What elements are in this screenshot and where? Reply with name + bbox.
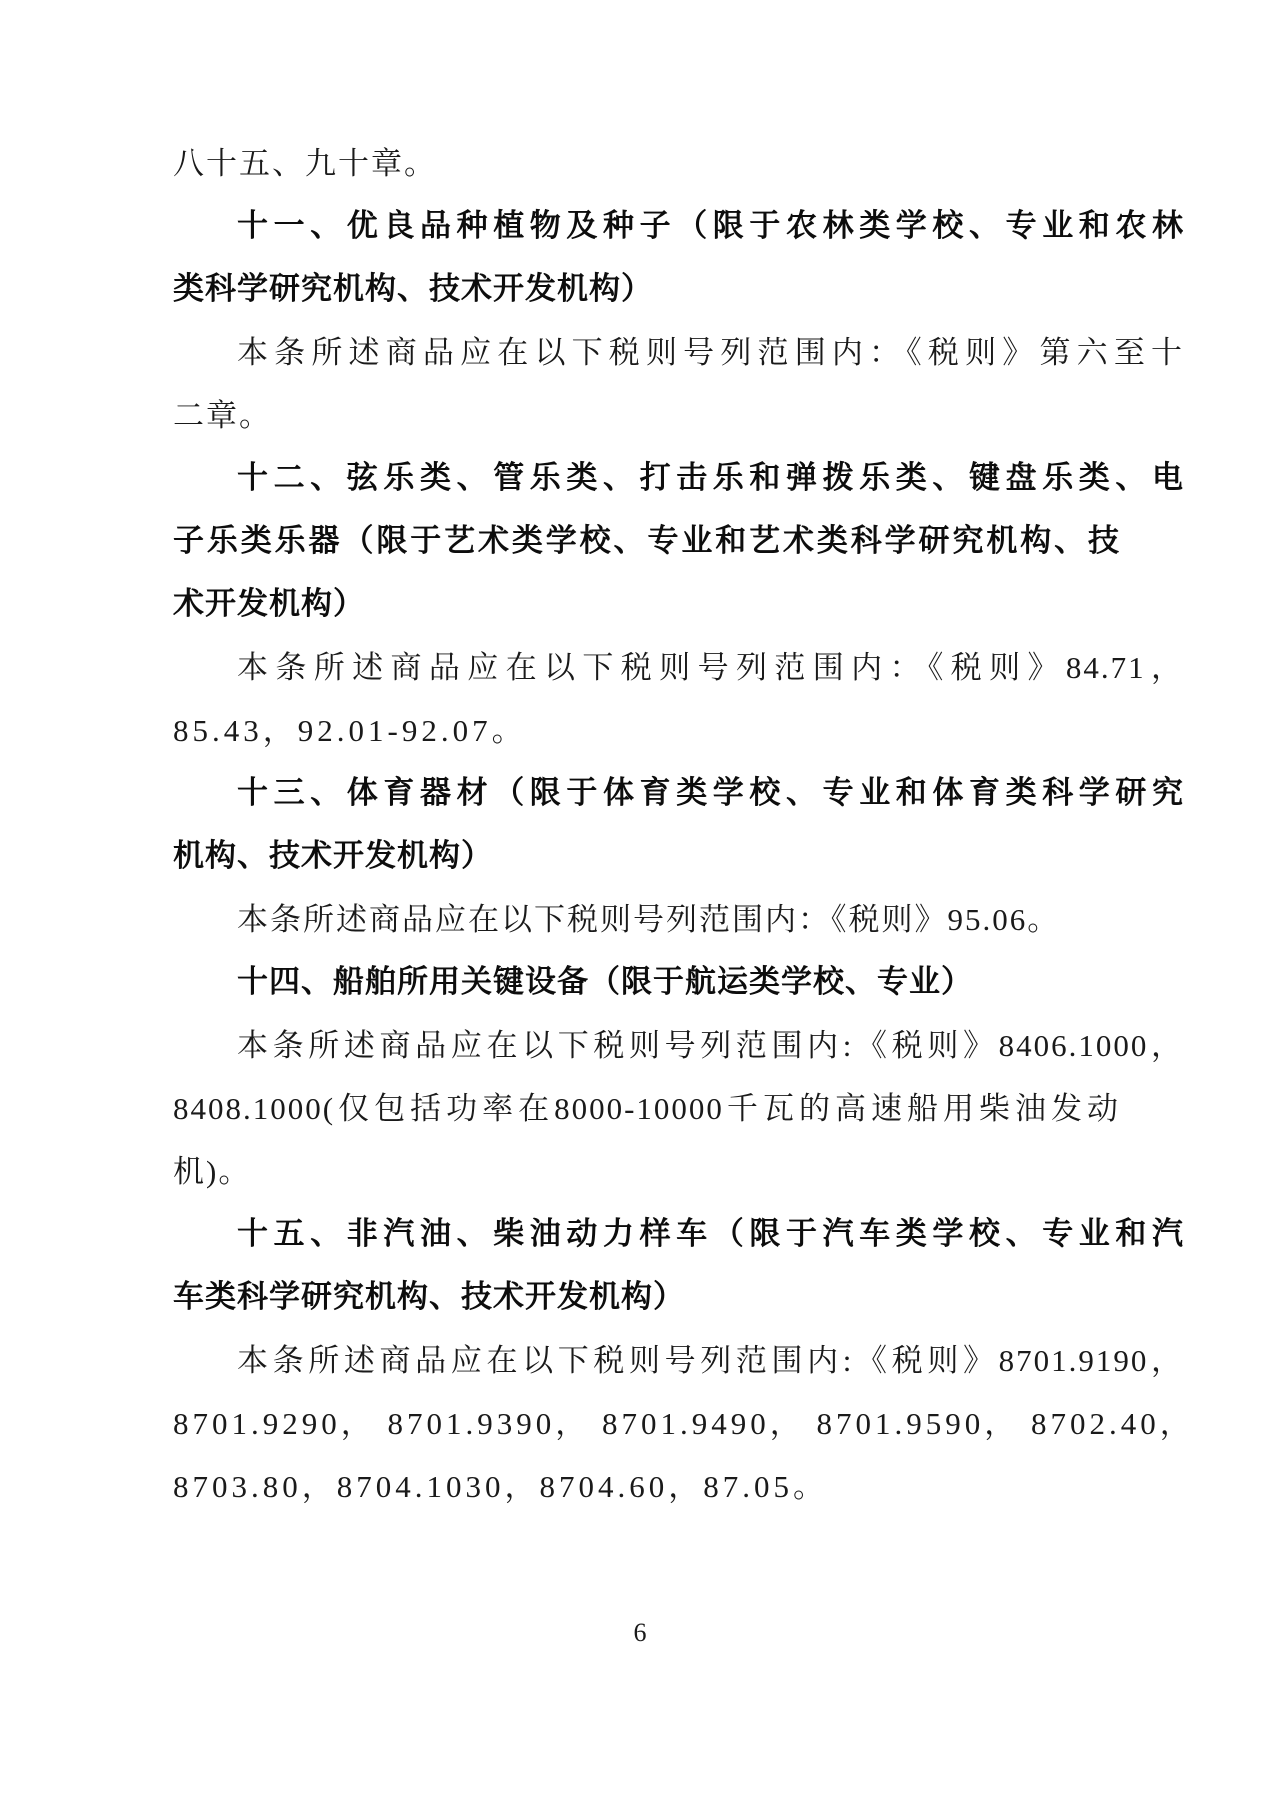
section-11-body: 本条所述商品应在以下税则号列范围内：《税则》第六至十 bbox=[173, 321, 1184, 384]
section-15-body-cont: 8701.9290， 8701.9390， 8701.9490， 8701.95… bbox=[173, 1392, 1120, 1455]
section-heading-12: 十二、弦乐类、管乐类、打击乐和弹拨乐类、键盘乐类、电 bbox=[173, 447, 1184, 510]
section-heading-13-cont: 机构、技术开发机构） bbox=[173, 825, 1123, 888]
section-11-body-cont: 二章。 bbox=[173, 384, 1123, 447]
section-15-body-cont2: 8703.80，8704.1030，8704.60，87.05。 bbox=[173, 1455, 1123, 1518]
paragraph-line-continuation: 八十五、九十章。 bbox=[173, 132, 1123, 195]
document-page: 八十五、九十章。 十一、优良品种植物及种子（限于农林类学校、专业和农林 类科学研… bbox=[173, 132, 1123, 1518]
section-heading-12-cont2: 术开发机构） bbox=[173, 573, 1123, 636]
section-13-body: 本条所述商品应在以下税则号列范围内：《税则》95.06。 bbox=[173, 888, 1123, 951]
section-12-body: 本条所述商品应在以下税则号列范围内：《税则》84.71， bbox=[173, 636, 1184, 699]
section-12-body-cont: 85.43，92.01-92.07。 bbox=[173, 699, 1123, 762]
section-heading-12-cont: 子乐类乐器（限于艺术类学校、专业和艺术类科学研究机构、技 bbox=[173, 510, 1120, 573]
page-number: 6 bbox=[0, 1618, 1280, 1648]
section-14-body: 本条所述商品应在以下税则号列范围内:《税则》8406.1000， bbox=[173, 1014, 1184, 1077]
section-14-body-cont: 8408.1000(仅包括功率在8000-10000千瓦的高速船用柴油发动 bbox=[173, 1077, 1120, 1140]
section-heading-13: 十三、体育器材（限于体育类学校、专业和体育类科学研究 bbox=[173, 762, 1184, 825]
section-15-body: 本条所述商品应在以下税则号列范围内:《税则》8701.9190， bbox=[173, 1329, 1184, 1392]
section-heading-11-cont: 类科学研究机构、技术开发机构） bbox=[173, 258, 1123, 321]
section-14-body-cont2: 机)。 bbox=[173, 1140, 1123, 1203]
section-heading-15: 十五、非汽油、柴油动力样车（限于汽车类学校、专业和汽 bbox=[173, 1203, 1184, 1266]
section-heading-11: 十一、优良品种植物及种子（限于农林类学校、专业和农林 bbox=[173, 195, 1184, 258]
section-heading-14: 十四、船舶所用关键设备（限于航运类学校、专业） bbox=[173, 951, 1123, 1014]
section-heading-15-cont: 车类科学研究机构、技术开发机构） bbox=[173, 1266, 1123, 1329]
